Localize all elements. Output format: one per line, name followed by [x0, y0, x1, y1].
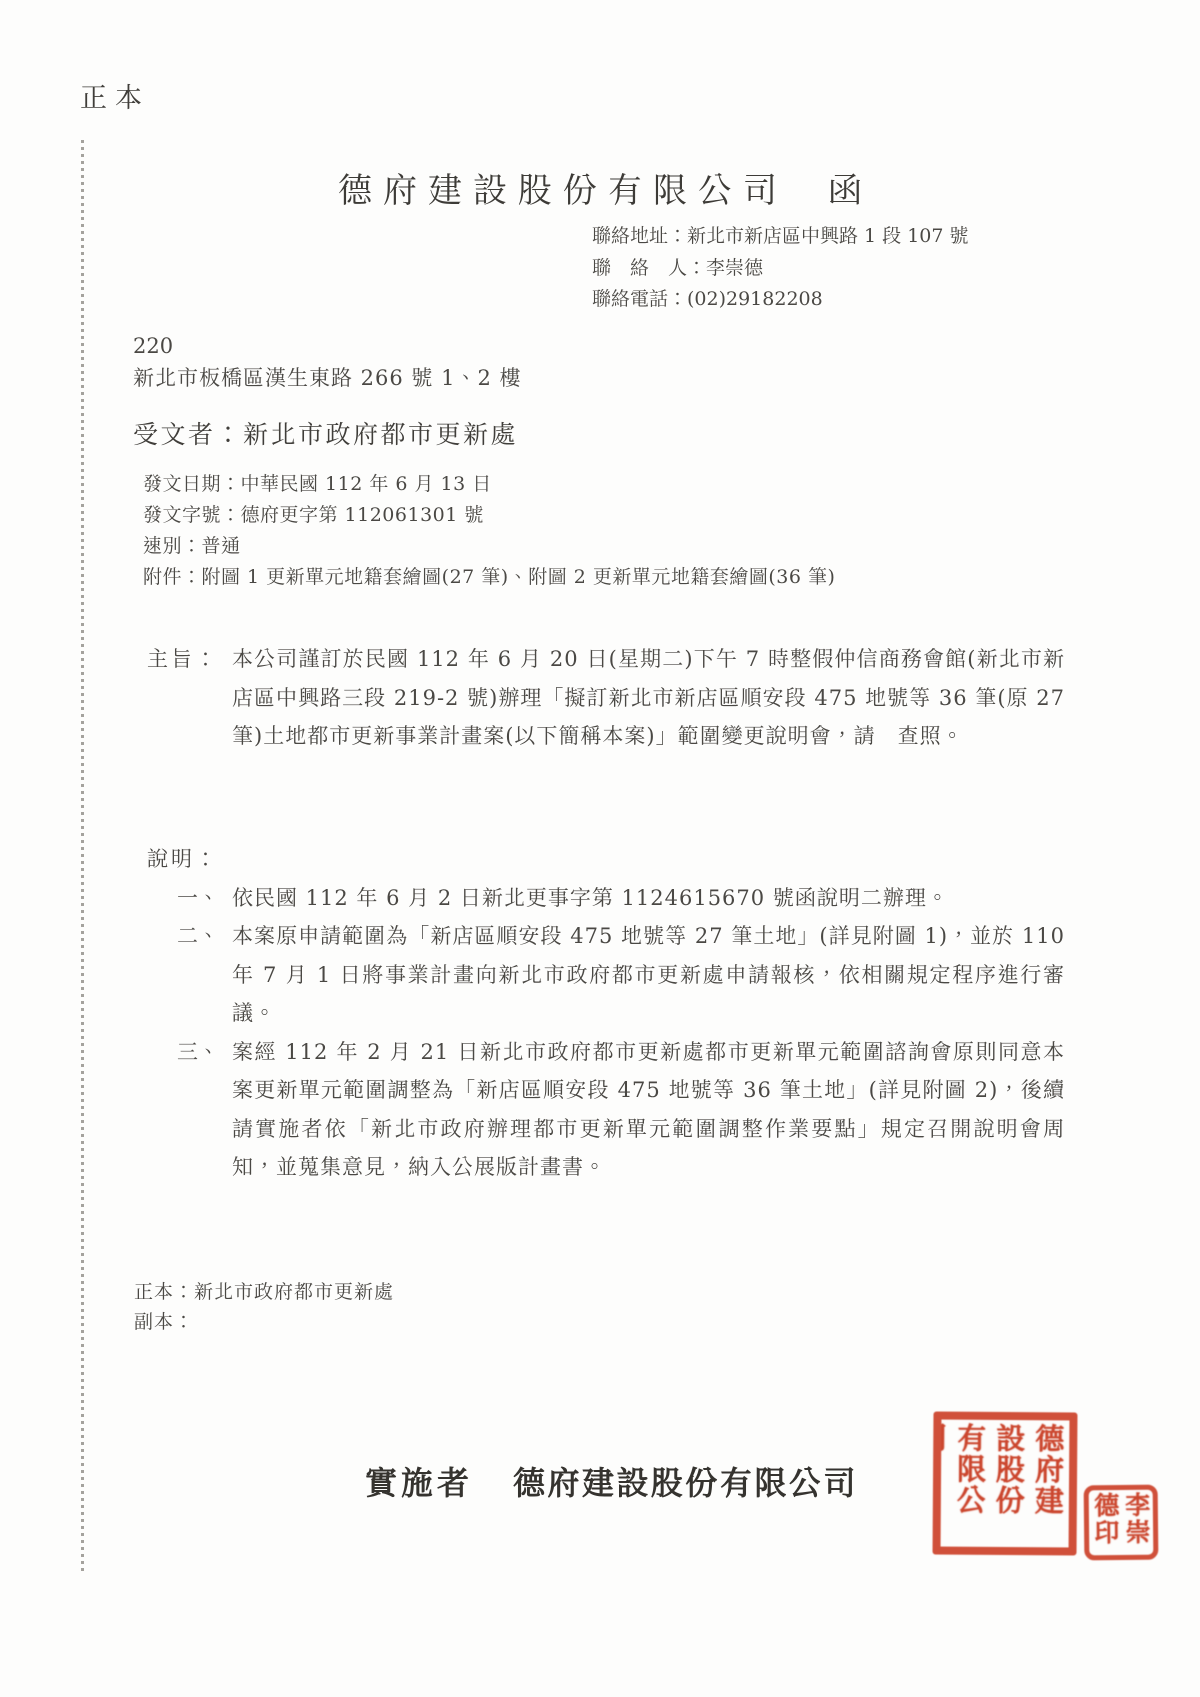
recipient-address: 新北市板橋區漢生東路 266 號 1、2 樓: [133, 362, 522, 392]
signature-company-name: 德府建設股份有限公司: [513, 1464, 858, 1502]
subject-section: 主旨： 本公司謹訂於民國 112 年 6 月 20 日(星期二)下午 7 時整假…: [147, 640, 1065, 756]
sender-contact-block: 聯絡地址：新北市新店區中興路 1 段 107 號 聯 絡 人：李崇德 聯絡電話：…: [592, 221, 969, 316]
left-dotted-rule: [81, 140, 84, 1572]
meta-attachments: 附件：附圖 1 更新單元地籍套繪圖(27 筆)、附圖 2 更新單元地籍套繪圖(3…: [143, 562, 835, 593]
document-title: 德府建設股份有限公司函: [0, 163, 1200, 212]
signature-role: 實施者: [365, 1464, 473, 1502]
subject-label: 主旨：: [147, 640, 232, 679]
contact-person: 聯 絡 人：李崇德: [592, 253, 969, 285]
distribution-section: 正本：新北市政府都市更新處 副本：: [134, 1277, 394, 1337]
recipient-line: 受文者：新北市政府都市更新處: [133, 415, 518, 451]
explanation-item: 一、 依民國 112 年 6 月 2 日新北更事字第 1124615670 號函…: [147, 879, 1065, 918]
explanation-item-number: 一、: [177, 879, 232, 918]
official-letter-page: 正本 德府建設股份有限公司函 聯絡地址：新北市新店區中興路 1 段 107 號 …: [0, 0, 1200, 1697]
company-seal-text: 德府建設股份有限公司: [941, 1420, 1070, 1548]
explanation-item-text: 本案原申請範圍為「新店區順安段 475 地號等 27 筆土地」(詳見附圖 1)，…: [232, 917, 1065, 1033]
explanation-item: 二、 本案原申請範圍為「新店區順安段 475 地號等 27 筆土地」(詳見附圖 …: [147, 917, 1065, 1033]
explanation-item-number: 二、: [177, 917, 232, 956]
subject-text: 本公司謹訂於民國 112 年 6 月 20 日(星期二)下午 7 時整假仲信商務…: [232, 640, 1065, 756]
meta-priority: 速別：普通: [143, 531, 835, 562]
document-meta-block: 發文日期：中華民國 112 年 6 月 13 日 發文字號：德府更字第 1120…: [143, 469, 835, 593]
explanation-label: 說明：: [147, 840, 1065, 879]
copy-type-label: 正本: [80, 76, 150, 115]
implementer-signature-line: 實施者德府建設股份有限公司: [365, 1458, 858, 1504]
company-seal-stamp: 德府建設股份有限公司: [933, 1411, 1078, 1555]
personal-seal-text: 李崇德印: [1089, 1490, 1154, 1556]
explanation-item-number: 三、: [177, 1033, 232, 1072]
meta-issue-date: 發文日期：中華民國 112 年 6 月 13 日: [143, 469, 835, 500]
title-doc-word: 函: [828, 171, 862, 211]
distribution-copy: 副本：: [134, 1307, 394, 1337]
distribution-original: 正本：新北市政府都市更新處: [134, 1277, 394, 1307]
explanation-item-text: 依民國 112 年 6 月 2 日新北更事字第 1124615670 號函說明二…: [232, 879, 1065, 918]
explanation-item-text: 案經 112 年 2 月 21 日新北市政府都市更新處都市更新單元範圍諮詢會原則…: [232, 1033, 1065, 1187]
explanation-item: 三、 案經 112 年 2 月 21 日新北市政府都市更新處都市更新單元範圍諮詢…: [147, 1033, 1065, 1187]
contact-phone: 聯絡電話：(02)29182208: [592, 284, 969, 316]
recipient-postal-code: 220: [133, 334, 173, 358]
title-company-name: 德府建設股份有限公司: [338, 171, 788, 211]
meta-doc-number: 發文字號：德府更字第 112061301 號: [143, 500, 835, 531]
contact-address: 聯絡地址：新北市新店區中興路 1 段 107 號: [592, 221, 969, 253]
explanation-section: 說明： 一、 依民國 112 年 6 月 2 日新北更事字第 112461567…: [147, 840, 1065, 1187]
personal-seal-stamp: 李崇德印: [1084, 1485, 1159, 1561]
